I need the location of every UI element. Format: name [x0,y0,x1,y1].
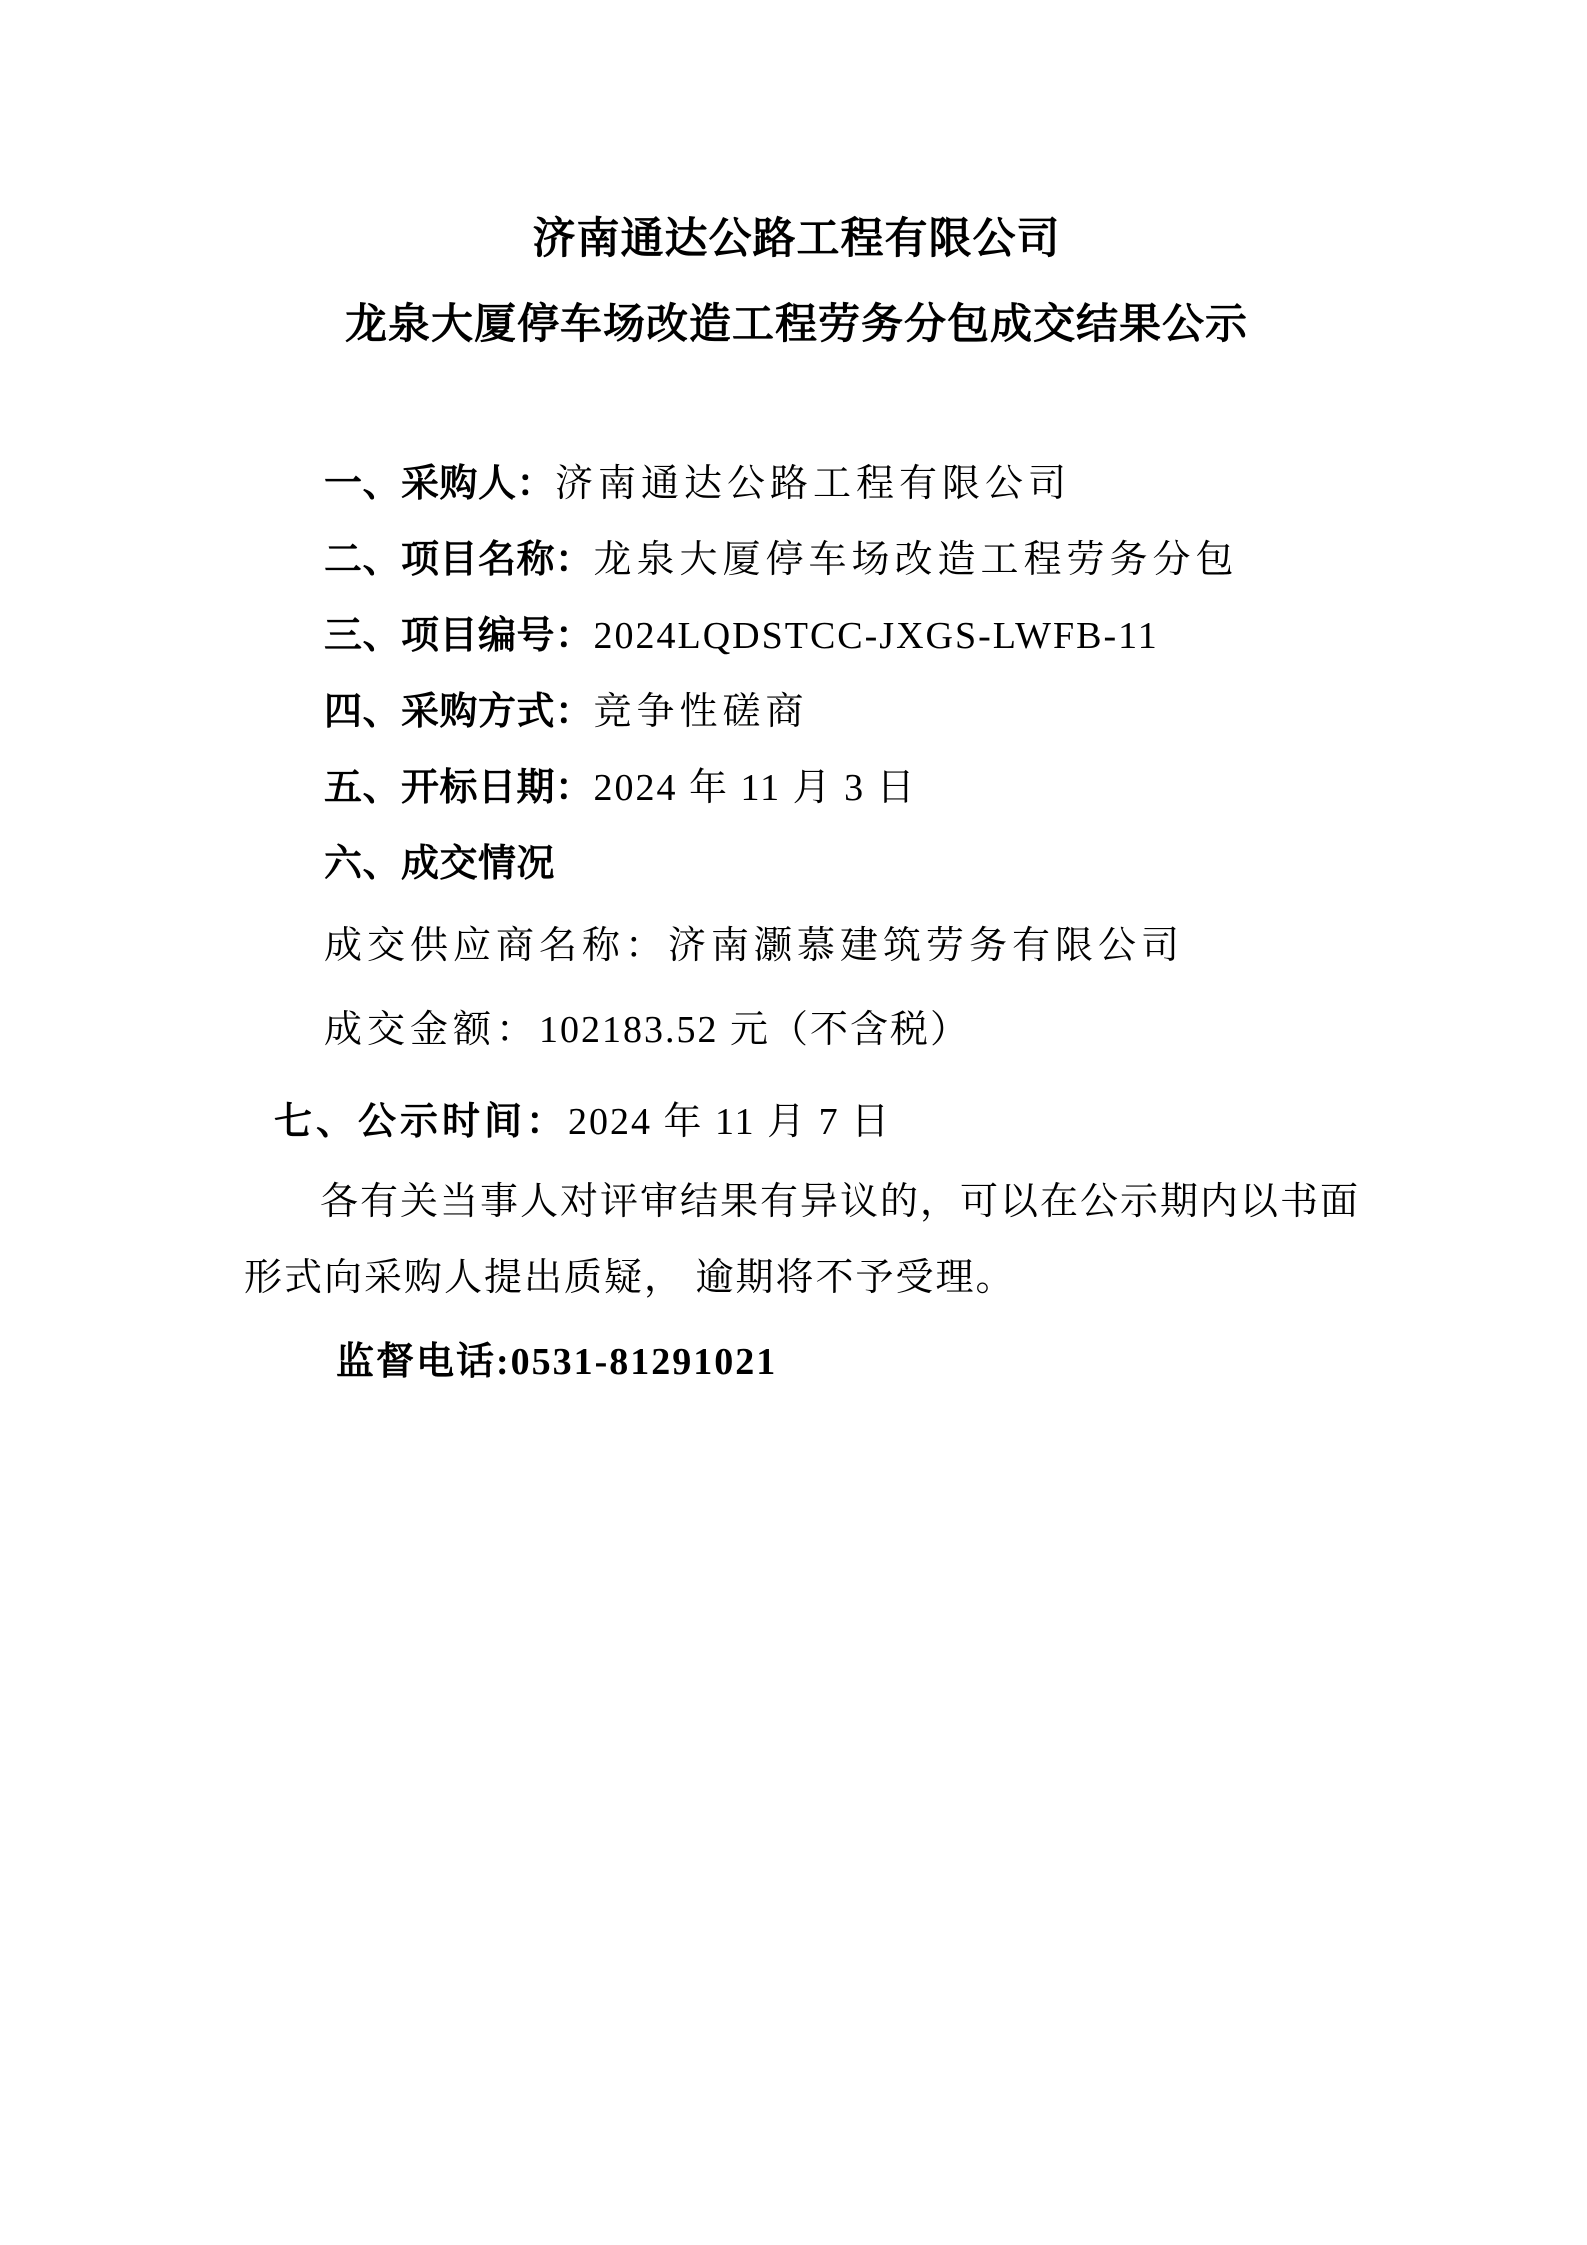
deal-supplier-value: 济南灏慕建筑劳务有限公司 [668,925,1184,967]
item-purchaser-label: 一、采购人： [324,463,555,505]
item-purchaser-value: 济南通达公路工程有限公司 [555,463,1071,505]
supervision-phone-number: 0531-81291021 [511,1341,778,1383]
item-project-name-label: 二、项目名称： [324,539,594,581]
item-bid-opening-date-value: 2024 年 11 月 3 日 [594,767,917,809]
supervision-phone-label: 监督电话: [336,1341,511,1383]
item-project-name: 二、项目名称：龙泉大厦停车场改造工程劳务分包 [324,522,1349,598]
item-bid-opening-date: 五、开标日期：2024 年 11 月 3 日 [324,750,1349,826]
item-procurement-method-label: 四、采购方式： [324,691,594,733]
company-title: 济南通达公路工程有限公司 [244,198,1349,280]
item-project-name-value: 龙泉大厦停车场改造工程劳务分包 [594,539,1239,581]
objection-paragraph-line-2: 形式向采购人提出质疑， 逾期将不予受理。 [244,1240,1349,1316]
item-procurement-method: 四、采购方式：竞争性磋商 [324,674,1349,750]
deal-supplier-label: 成交供应商名称： [324,925,668,967]
publicity-time-label: 七、公示时间： [274,1101,568,1143]
deal-amount-label: 成交金额： [324,1009,539,1051]
supervision-phone-line: 监督电话:0531-81291021 [336,1324,1349,1400]
document-page: 济南通达公路工程有限公司 龙泉大厦停车场改造工程劳务分包成交结果公示 一、采购人… [0,0,1587,2245]
publicity-time-value: 2024 年 11 月 7 日 [568,1101,891,1143]
item-procurement-method-value: 竞争性磋商 [594,691,809,733]
publicity-time-line: 七、公示时间：2024 年 11 月 7 日 [274,1084,1349,1160]
item-bid-opening-date-label: 五、开标日期： [324,767,594,809]
announcement-title: 龙泉大厦停车场改造工程劳务分包成交结果公示 [244,280,1349,368]
document-body: 一、采购人：济南通达公路工程有限公司 二、项目名称：龙泉大厦停车场改造工程劳务分… [244,446,1349,1400]
deal-amount-line: 成交金额：102183.52 元（不含税） [324,992,1349,1068]
deal-supplier-line: 成交供应商名称：济南灏慕建筑劳务有限公司 [324,908,1349,984]
item-project-number: 三、项目编号：2024LQDSTCC-JXGS-LWFB-11 [324,598,1349,674]
deal-amount-value: 102183.52 元（不含税） [539,1009,970,1051]
item-project-number-label: 三、项目编号： [324,615,594,657]
item-deal-status: 六、成交情况 [324,826,1349,902]
objection-paragraph-line-1: 各有关当事人对评审结果有异议的，可以在公示期内以书面 [244,1164,1349,1240]
item-deal-status-label: 六、成交情况 [324,843,555,885]
item-project-number-value: 2024LQDSTCC-JXGS-LWFB-11 [594,615,1159,657]
item-purchaser: 一、采购人：济南通达公路工程有限公司 [324,446,1349,522]
